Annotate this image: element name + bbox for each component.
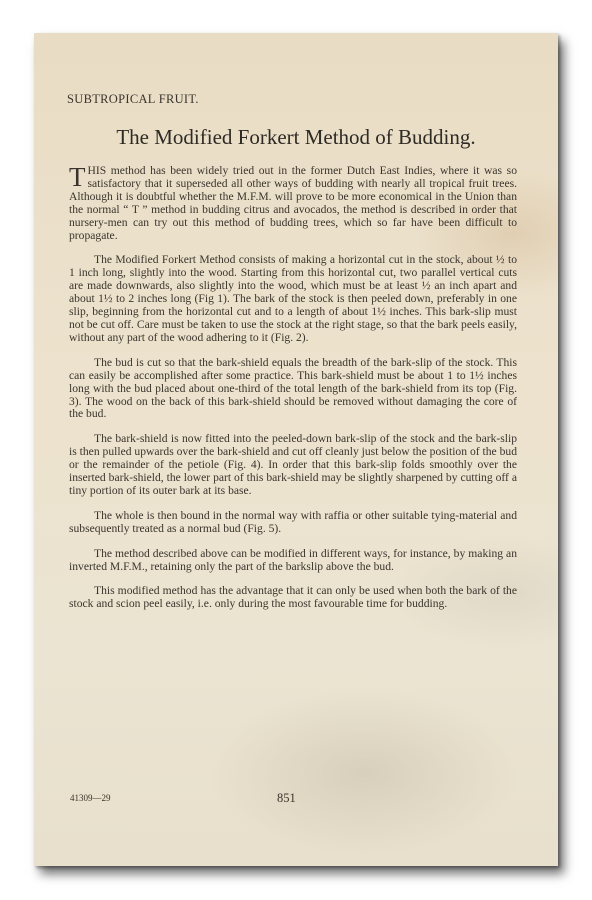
paragraph: The bark-shield is now fitted into the p… bbox=[69, 433, 517, 498]
article-body: THIS method has been widely tried out in… bbox=[69, 165, 517, 623]
section-header: SUBTROPICAL FRUIT. bbox=[67, 92, 199, 107]
paragraph: This modified method has the advantage t… bbox=[69, 585, 517, 611]
footer-code: 41309—29 bbox=[70, 793, 111, 803]
drop-cap: T bbox=[69, 166, 86, 188]
page-title: The Modified Forkert Method of Budding. bbox=[34, 125, 558, 150]
paragraph: The method described above can be modifi… bbox=[69, 548, 517, 574]
paragraph: The Modified Forkert Method consists of … bbox=[69, 254, 517, 344]
paragraph: The bud is cut so that the bark-shield e… bbox=[69, 357, 517, 422]
paragraph: The whole is then bound in the normal wa… bbox=[69, 510, 517, 536]
document-page: SUBTROPICAL FRUIT. The Modified Forkert … bbox=[34, 33, 558, 866]
page-number: 851 bbox=[277, 791, 296, 806]
paragraph-intro: THIS method has been widely tried out in… bbox=[69, 165, 517, 242]
